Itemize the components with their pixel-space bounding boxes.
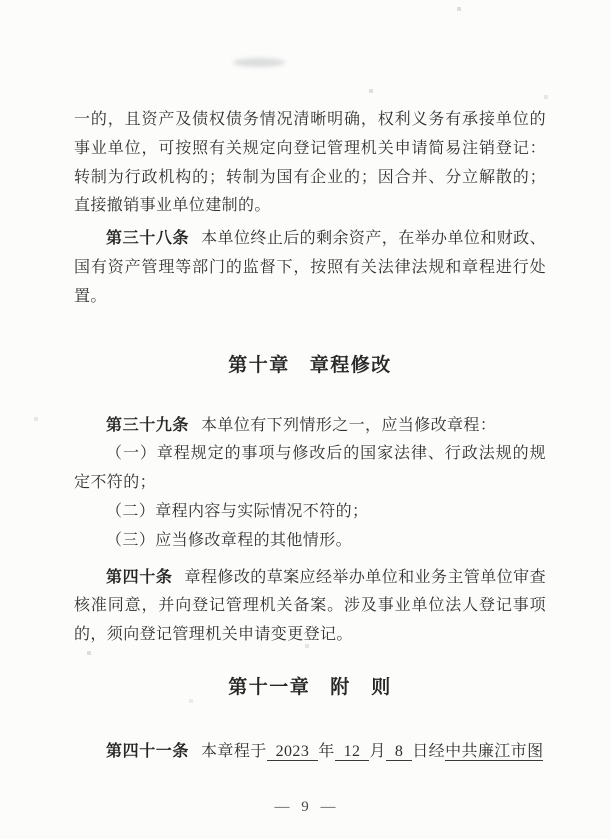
- paragraph-continuation-text: 一的，且资产及债权债务情况清晰明确，权利义务有承接单位的事业单位，可按照有关规定…: [74, 111, 546, 214]
- article-39-label: 第三十九条: [106, 417, 189, 434]
- article-39-item-2-text: （二）章程内容与实际情况不符的；: [106, 503, 368, 520]
- page-number: — 9 —: [0, 799, 611, 816]
- article-38: 第三十八条本单位终止后的剩余资产，在举办单位和财政、国有资产管理等部门的监督下，…: [74, 225, 546, 311]
- approver-underlined: 中共廉江市图: [445, 743, 543, 761]
- article-41-prefix: 本章程于: [201, 743, 267, 760]
- chapter-10-title: 章程修改: [310, 355, 392, 376]
- article-40: 第四十条章程修改的草案应经举办单位和业务主管单位审查核准同意，并向登记管理机关备…: [74, 564, 546, 650]
- article-39: 第三十九条本单位有下列情形之一，应当修改章程：: [74, 412, 546, 441]
- article-39-item-1: （一）章程规定的事项与修改后的国家法律、行政法规的规定不符的；: [74, 440, 546, 498]
- chapter-11-title: 附 则: [330, 677, 392, 698]
- article-39-item-1-text: （一）章程规定的事项与修改后的国家法律、行政法规的规定不符的；: [74, 445, 546, 491]
- day-blank: 8: [386, 743, 412, 761]
- article-41: 第四十一条本章程于2023年12月8日经中共廉江市图: [74, 738, 546, 767]
- article-40-label: 第四十条: [106, 569, 173, 586]
- document-page: 一的，且资产及债权债务情况清晰明确，权利义务有承接单位的事业单位，可按照有关规定…: [0, 0, 611, 839]
- chapter-11-number: 第十一章: [228, 677, 310, 698]
- article-39-item-3-text: （三）应当修改章程的其他情形。: [106, 532, 352, 549]
- year-blank: 2023: [267, 743, 319, 761]
- document-body: 一的，且资产及债权债务情况清晰明确，权利义务有承接单位的事业单位，可按照有关规定…: [74, 106, 546, 767]
- article-38-label: 第三十八条: [106, 230, 189, 247]
- article-39-text: 本单位有下列情形之一，应当修改章程：: [201, 417, 496, 434]
- scan-specks: [0, 0, 2, 2]
- article-39-item-2: （二）章程内容与实际情况不符的；: [74, 498, 546, 527]
- scan-smudge: [233, 58, 285, 67]
- chapter-11-heading: 第十一章附 则: [74, 674, 546, 702]
- article-41-label: 第四十一条: [106, 743, 189, 760]
- article-39-item-3: （三）应当修改章程的其他情形。: [74, 527, 546, 556]
- day-unit: 日经: [412, 743, 445, 760]
- chapter-10-number: 第十章: [228, 355, 290, 376]
- month-unit: 月: [369, 743, 385, 760]
- year-unit: 年: [318, 743, 334, 760]
- chapter-10-heading: 第十章章程修改: [74, 352, 546, 380]
- paragraph-continuation: 一的，且资产及债权债务情况清晰明确，权利义务有承接单位的事业单位，可按照有关规定…: [74, 106, 546, 221]
- month-blank: 12: [335, 743, 370, 761]
